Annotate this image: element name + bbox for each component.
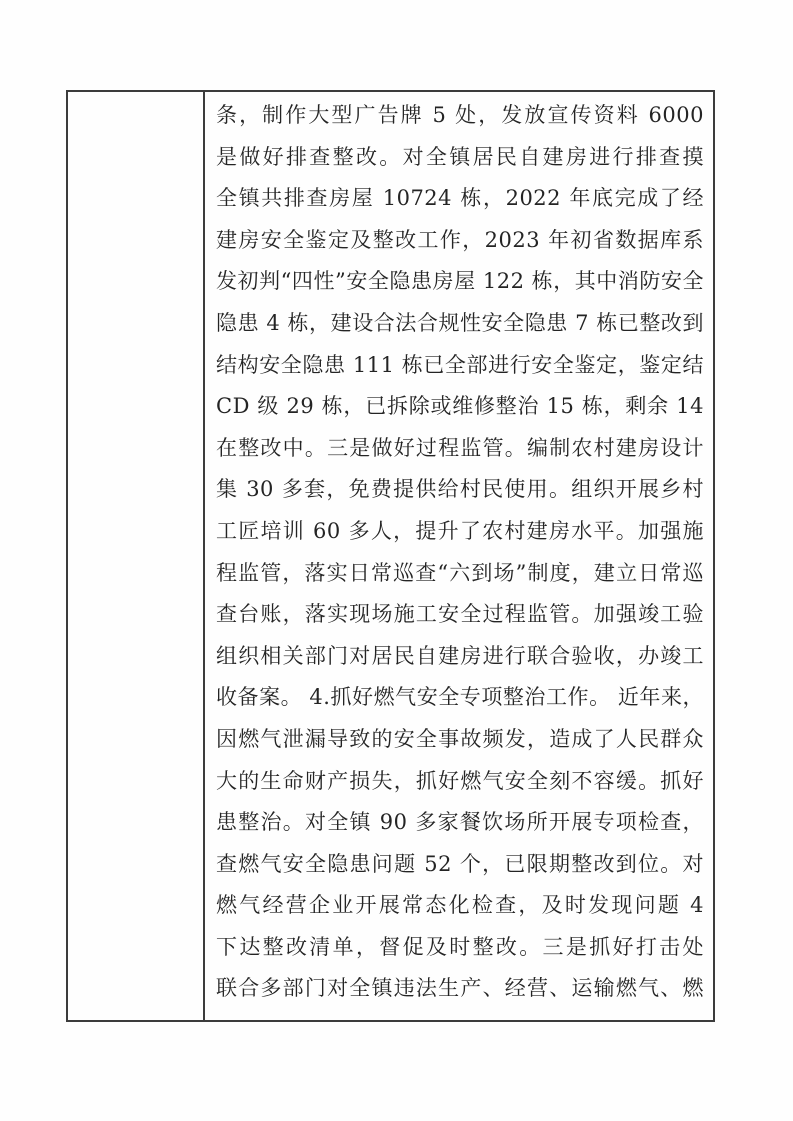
text-line: CD 级 29 栋，已拆除或维修整治 15 栋，剩余 14 栋正 [216,386,704,428]
text-line: 隐患 4 栋，建设合法合规性安全隐患 7 栋已整改到位； [216,303,704,345]
text-line: 下达整改清单，督促及时整改。三是抓好打击处理。 [216,927,704,969]
text-line: 全镇共排查房屋 10724 栋，2022 年底完成了经营性自 [216,178,704,220]
report-table: 条，制作大型广告牌 5 处，发放宣传资料 6000 份，二 是做好排查整改。对全… [66,90,715,1022]
table-left-cell [68,92,205,1020]
text-line: 集 30 多套，免费提供给村民使用。组织开展乡村建设 [216,469,704,511]
text-line: 程监管，落实日常巡查“六到场”制度，建立日常巡 [216,553,704,595]
text-line: 建房安全鉴定及整改工作，2023 年初省数据库系统下 [216,220,704,262]
document-page: 条，制作大型广告牌 5 处，发放宣传资料 6000 份，二 是做好排查整改。对全… [0,0,793,1121]
text-line: 结构安全隐患 111 栋已全部进行安全鉴定，鉴定结果 [216,345,704,387]
text-line: 燃气经营企业开展常态化检查，及时发现问题 4 处， [216,885,704,927]
text-line: 在整改中。三是做好过程监管。编制农村建房设计图 [216,428,704,470]
text-line: 查台账，落实现场施工安全过程监管。加强竣工验收， [216,594,704,636]
text-line: 组织相关部门对居民自建房进行联合验收，办竣工验 [216,636,704,678]
text-line: 工匠培训 60 多人，提升了农村建房水平。加强施工过 [216,511,704,553]
text-line: 收备案。 4.抓好燃气安全专项整治工作。 近年来， [216,677,704,719]
text-line: 条，制作大型广告牌 5 处，发放宣传资料 6000 份，二 [216,95,704,137]
text-line: 查燃气安全隐患问题 52 个，已限期整改到位。对 2 家 [216,844,704,886]
text-line: 患整治。对全镇 90 多家餐饮场所开展专项检查，共排 [216,802,704,844]
text-line: 联合多部门对全镇违法生产、经营、运输燃气、燃油 [216,968,704,1010]
table-content-cell: 条，制作大型广告牌 5 处，发放宣传资料 6000 份，二 是做好排查整改。对全… [205,92,713,1020]
text-line: 发初判“四性”安全隐患房屋 122 栋，其中消防安全 [216,261,704,303]
text-line: 大的生命财产损失，抓好燃气安全刻不容缓。抓好隐 [216,761,704,803]
text-line: 因燃气泄漏导致的安全事故频发，造成了人民群众巨 [216,719,704,761]
text-line: 是做好排查整改。对全镇居民自建房进行排查摸底， [216,137,704,179]
